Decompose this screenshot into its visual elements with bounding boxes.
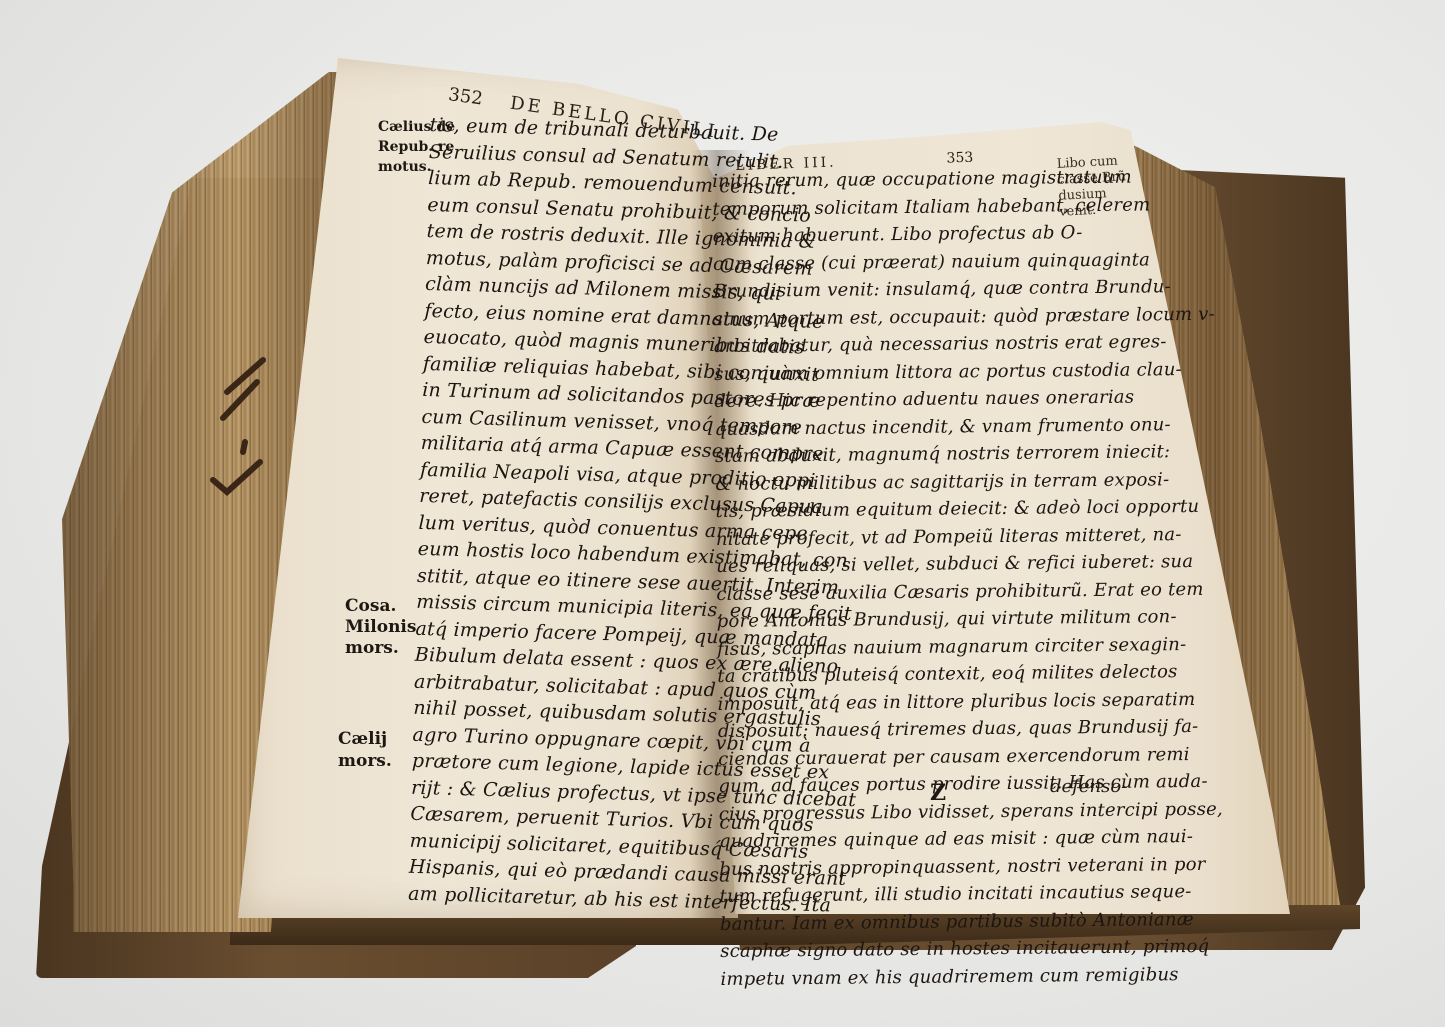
handwritten-fore-edge-mark xyxy=(205,352,275,502)
margin-note-line: mors. xyxy=(338,750,392,772)
signature-mark: Z xyxy=(930,780,946,806)
margin-note-line: Cælij xyxy=(338,728,392,750)
margin-note-caelij-mors: Cælij mors. xyxy=(338,728,392,772)
margin-note-line: mors. xyxy=(345,638,416,659)
margin-note-milonis-mors: Cosa. Milonis mors. xyxy=(345,596,416,659)
right-page-body: initia rerum, quæ occupatione magistratu… xyxy=(712,163,1225,993)
catchword: defenso- xyxy=(1050,776,1127,797)
book-photograph: 352DE BELLO CIVILI Cælius de Repub. re m… xyxy=(0,0,1445,1027)
text-line: impetu vnam ex his quadriremem cum remig… xyxy=(720,960,1224,993)
text-line: sus, quàm omnium littora ac portus custo… xyxy=(714,355,1218,388)
page-number-right: 353 xyxy=(946,150,973,167)
text-line: temporum solicitam Italiam habebant, cel… xyxy=(712,190,1216,223)
margin-note-line: Milonis xyxy=(345,617,416,638)
margin-note-line: Cosa. xyxy=(345,596,416,617)
